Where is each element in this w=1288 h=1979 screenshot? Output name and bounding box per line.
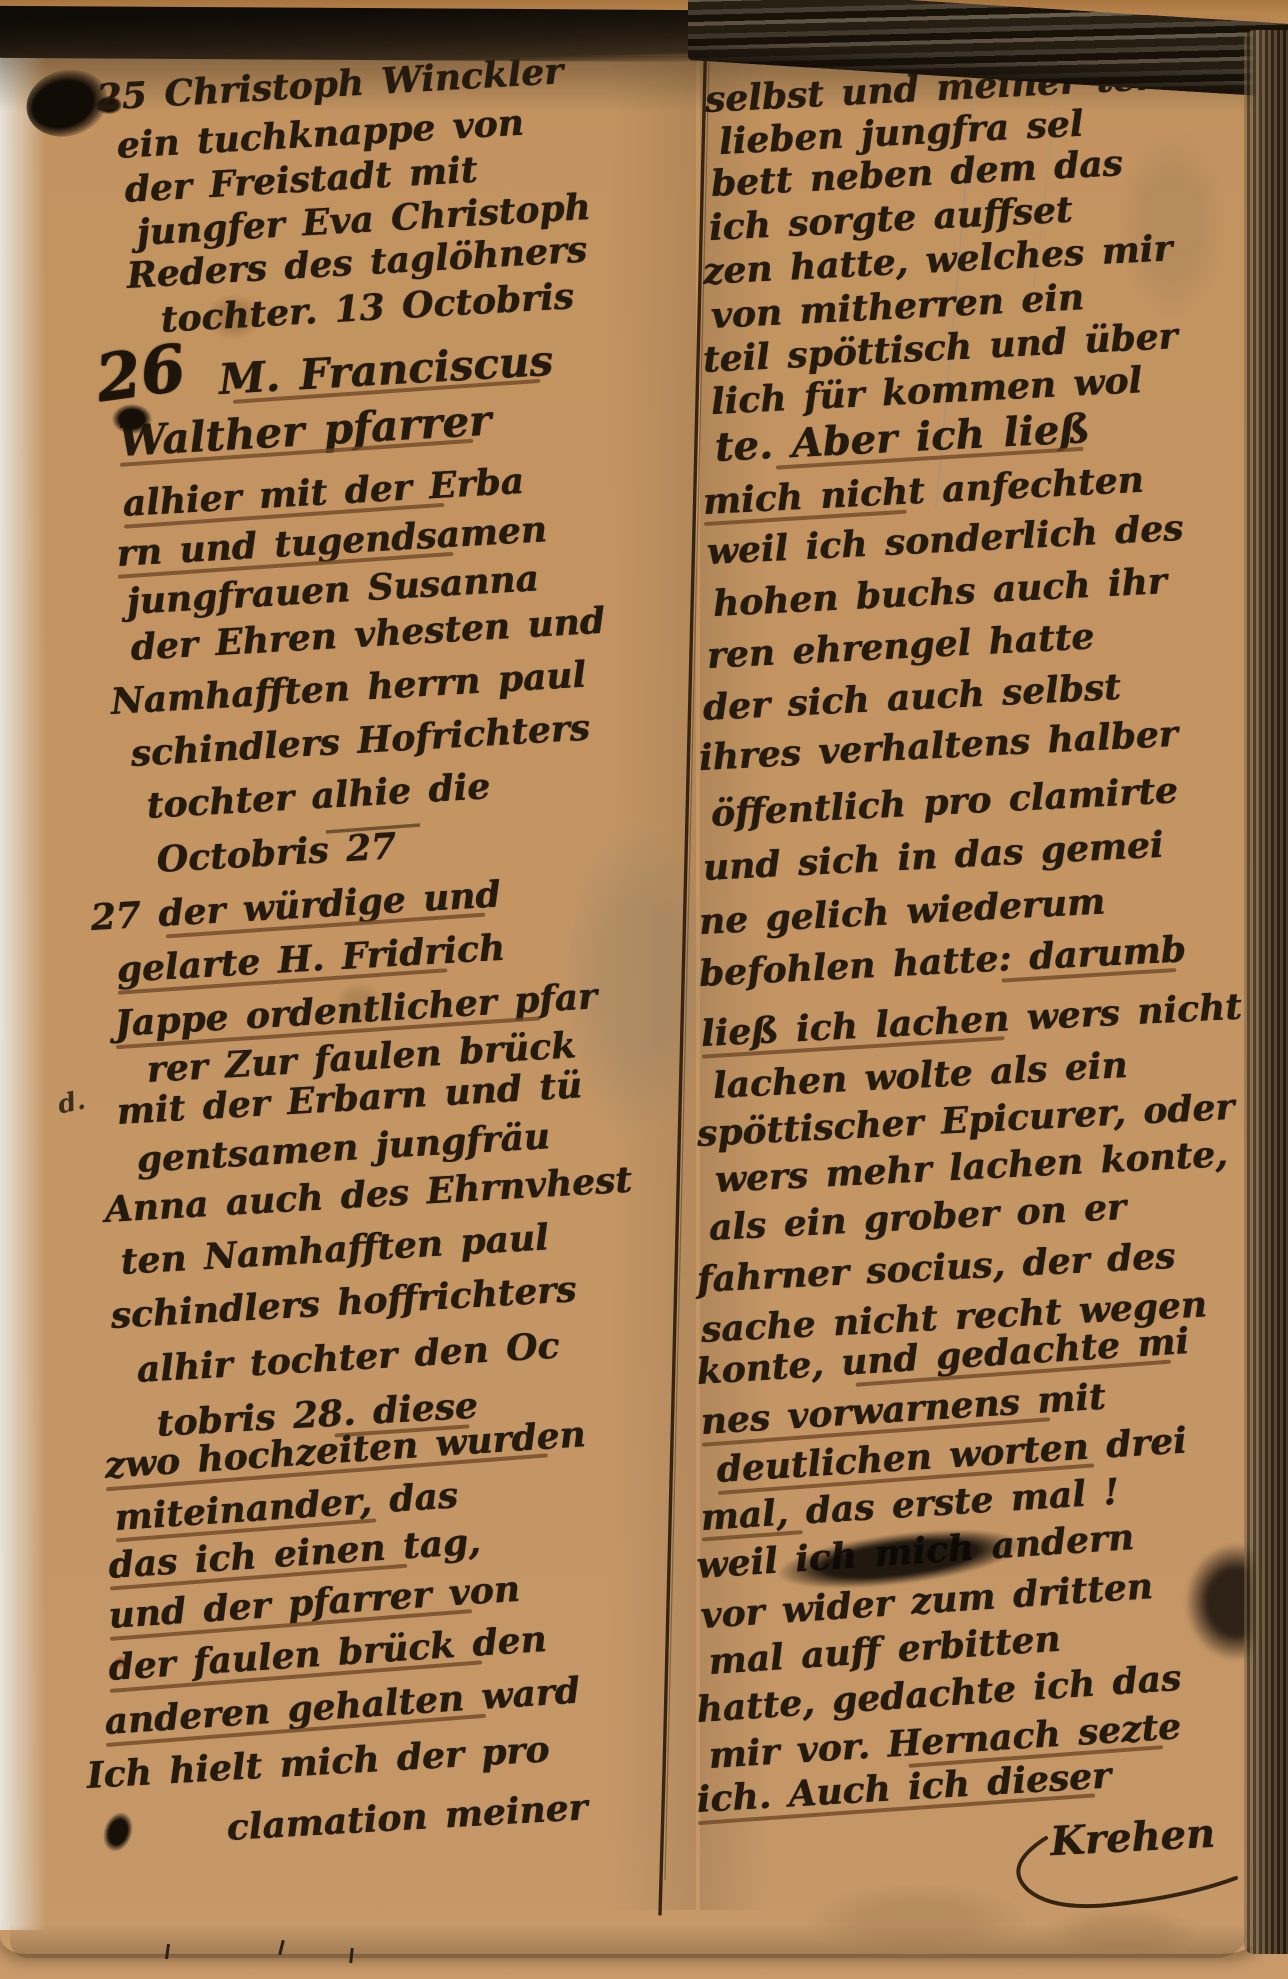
right-book-edge: [1244, 30, 1288, 1954]
right-column: selbst und meiner terlieben jungfra selb…: [0, 0, 1288, 1979]
manuscript-line: ließ ich lachen wers nicht: [700, 985, 1243, 1056]
book-photo: 25 Christoph Wincklerein tuchknappe vond…: [0, 0, 1288, 1979]
entry-numeral: 26: [91, 330, 190, 417]
manuscript-line-text: ließ ich lachen wers nicht: [700, 986, 1243, 1055]
manuscript-line-text: ren ehrengel hatte: [706, 615, 1095, 677]
catchword: Krehen: [1049, 1810, 1216, 1866]
margin-note: d.: [55, 1085, 88, 1120]
top-binding-edge: [0, 6, 718, 62]
